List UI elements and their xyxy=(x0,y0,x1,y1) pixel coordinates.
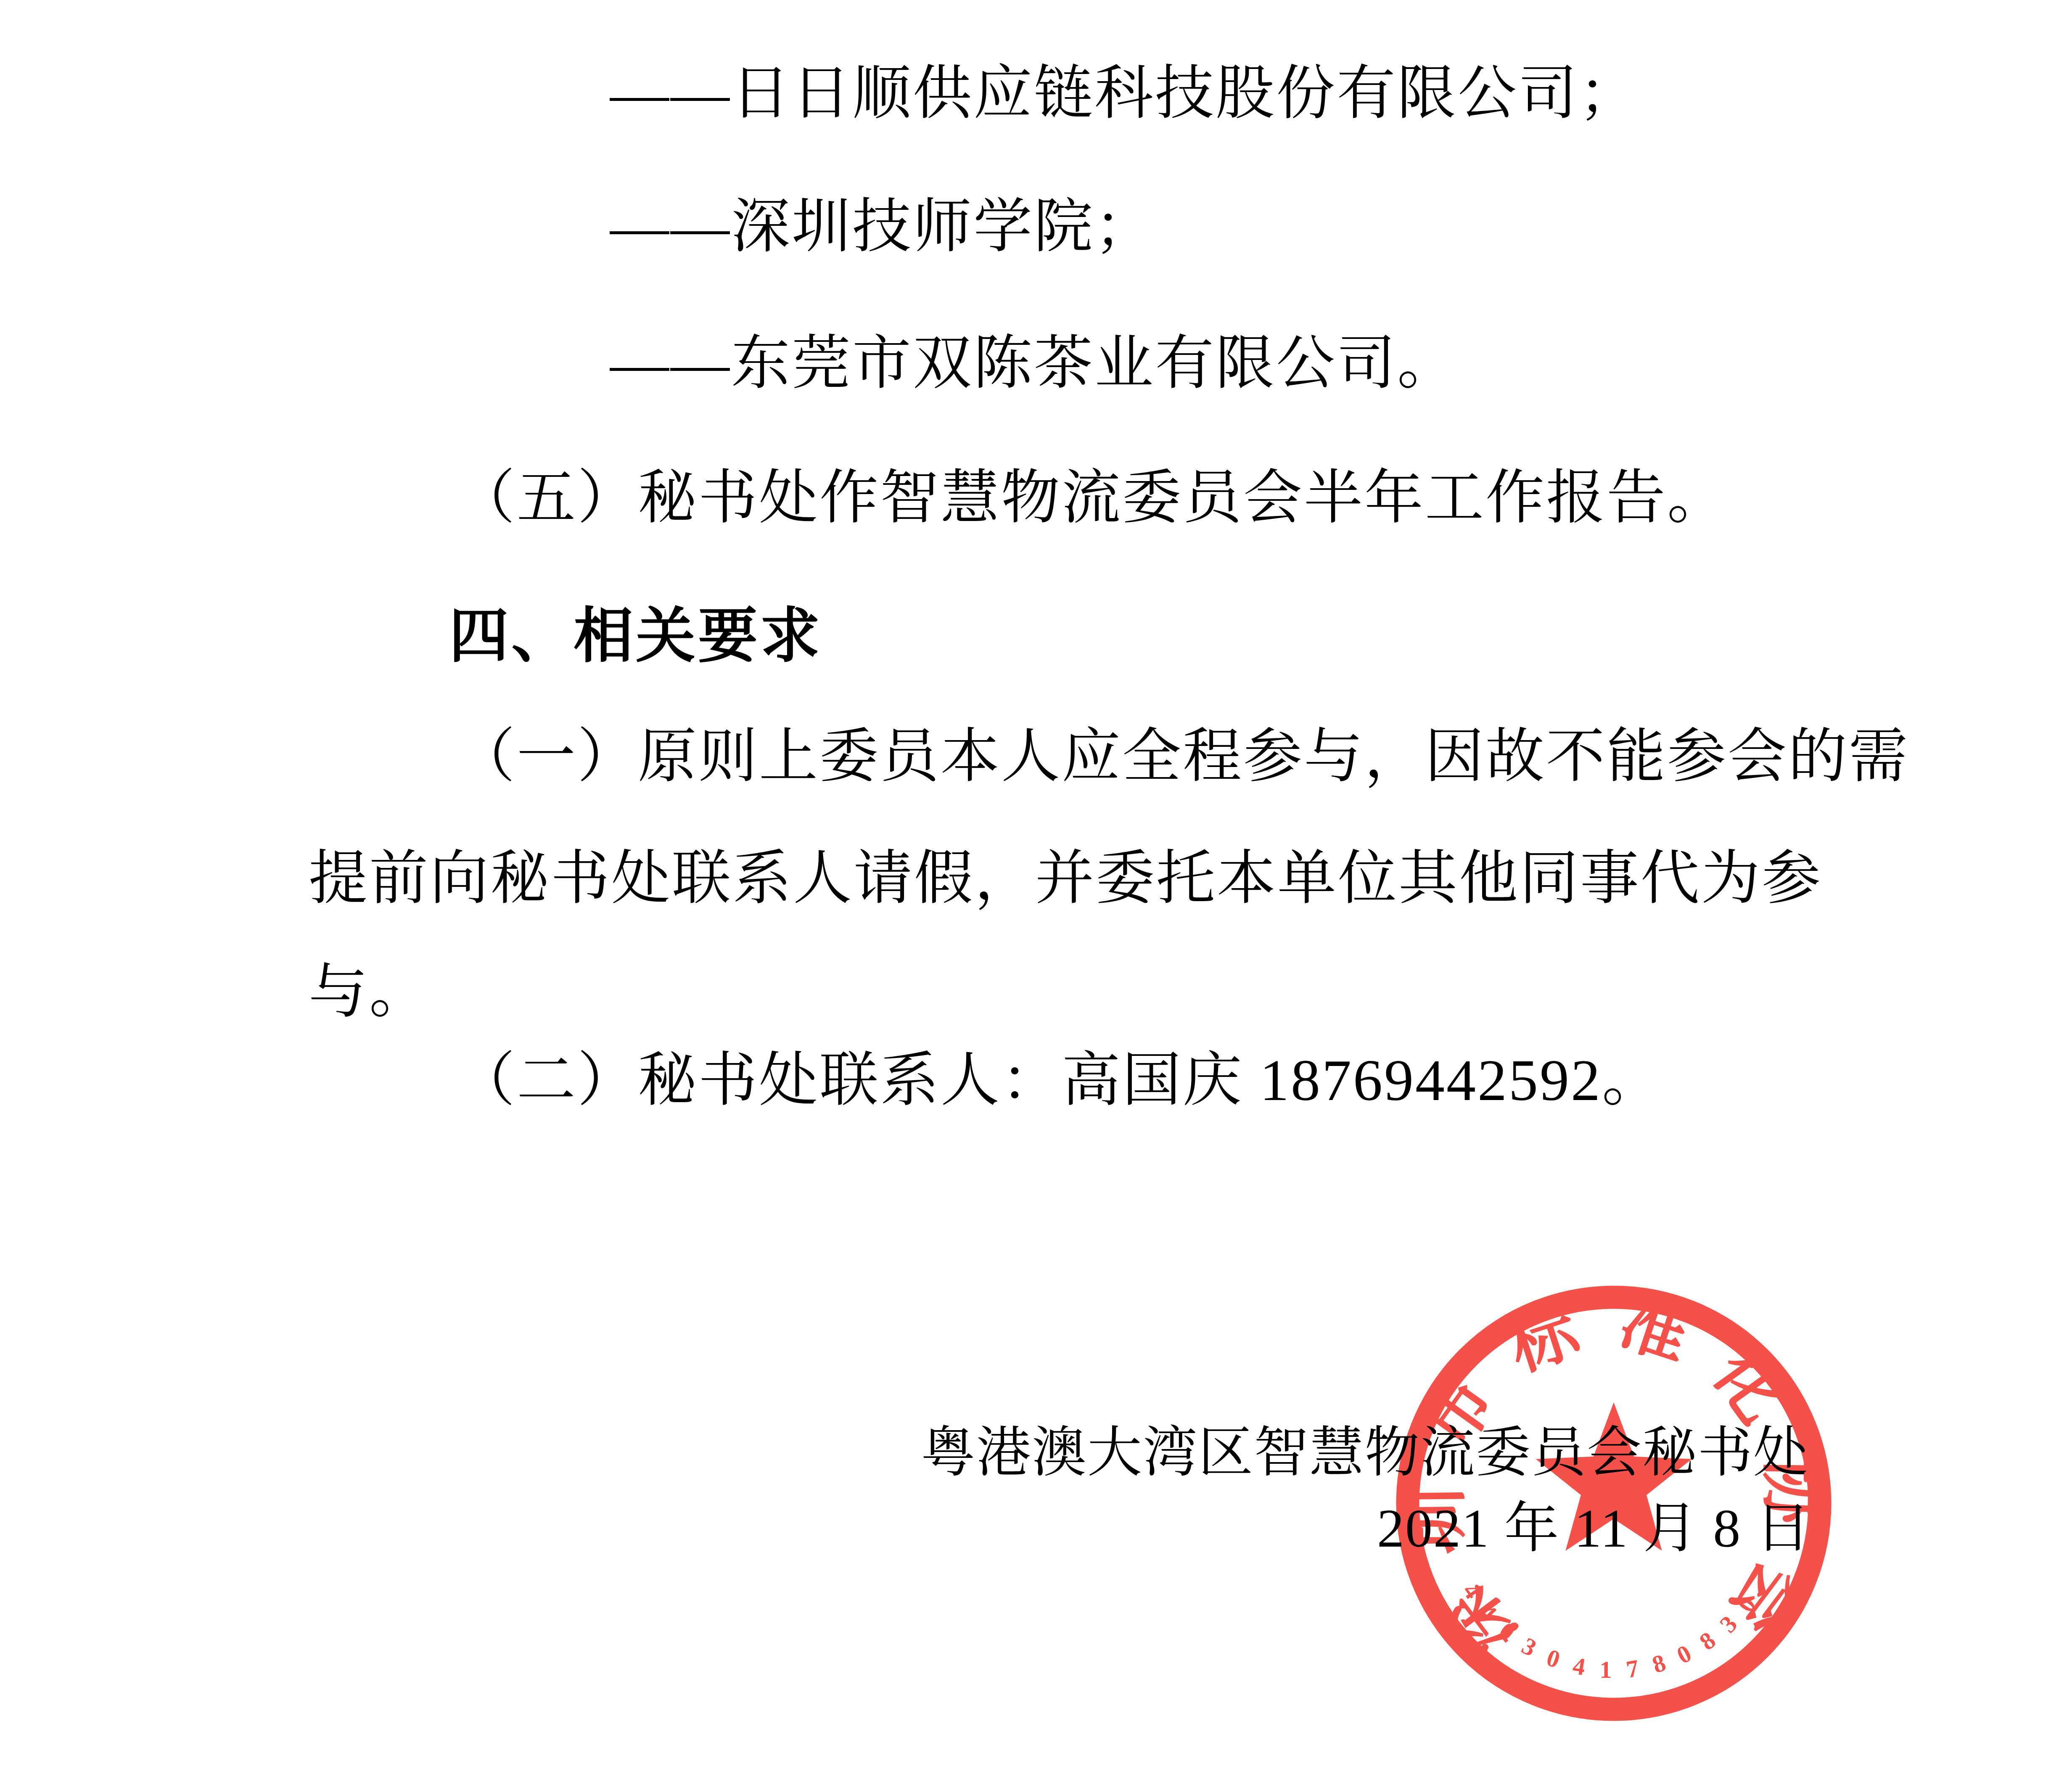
paragraph-1-line-3: 与。 xyxy=(309,963,430,1022)
section-heading: 四、相关要求 xyxy=(449,606,822,666)
paragraph-1-line-1: （一）原则上委员本人应全程参与，因故不能参会的需 xyxy=(456,727,1909,786)
document-page: ——日日顺供应链科技股份有限公司； ——深圳技师学院； ——东莞市双陈茶业有限公… xyxy=(0,0,2072,1780)
list-item-company-2: ——深圳技师学院； xyxy=(610,198,1155,257)
paragraph-2-contact: （二）秘书处联系人：高国庆 18769442592。 xyxy=(456,1051,1662,1110)
paragraph-1-line-2: 提前向秘书处联系人请假，并委托本单位其他同事代为参 xyxy=(309,849,1822,908)
list-item-five: （五）秘书处作智慧物流委员会半年工作报告。 xyxy=(456,469,1728,528)
list-item-company-3: ——东莞市双陈茶业有限公司。 xyxy=(610,334,1458,393)
red-star-icon xyxy=(1536,1402,1692,1551)
list-item-company-1: ——日日顺供应链科技股份有限公司； xyxy=(610,64,1639,123)
official-seal: 深圳市标准化协会 4403041780830 xyxy=(1378,1268,1849,1739)
